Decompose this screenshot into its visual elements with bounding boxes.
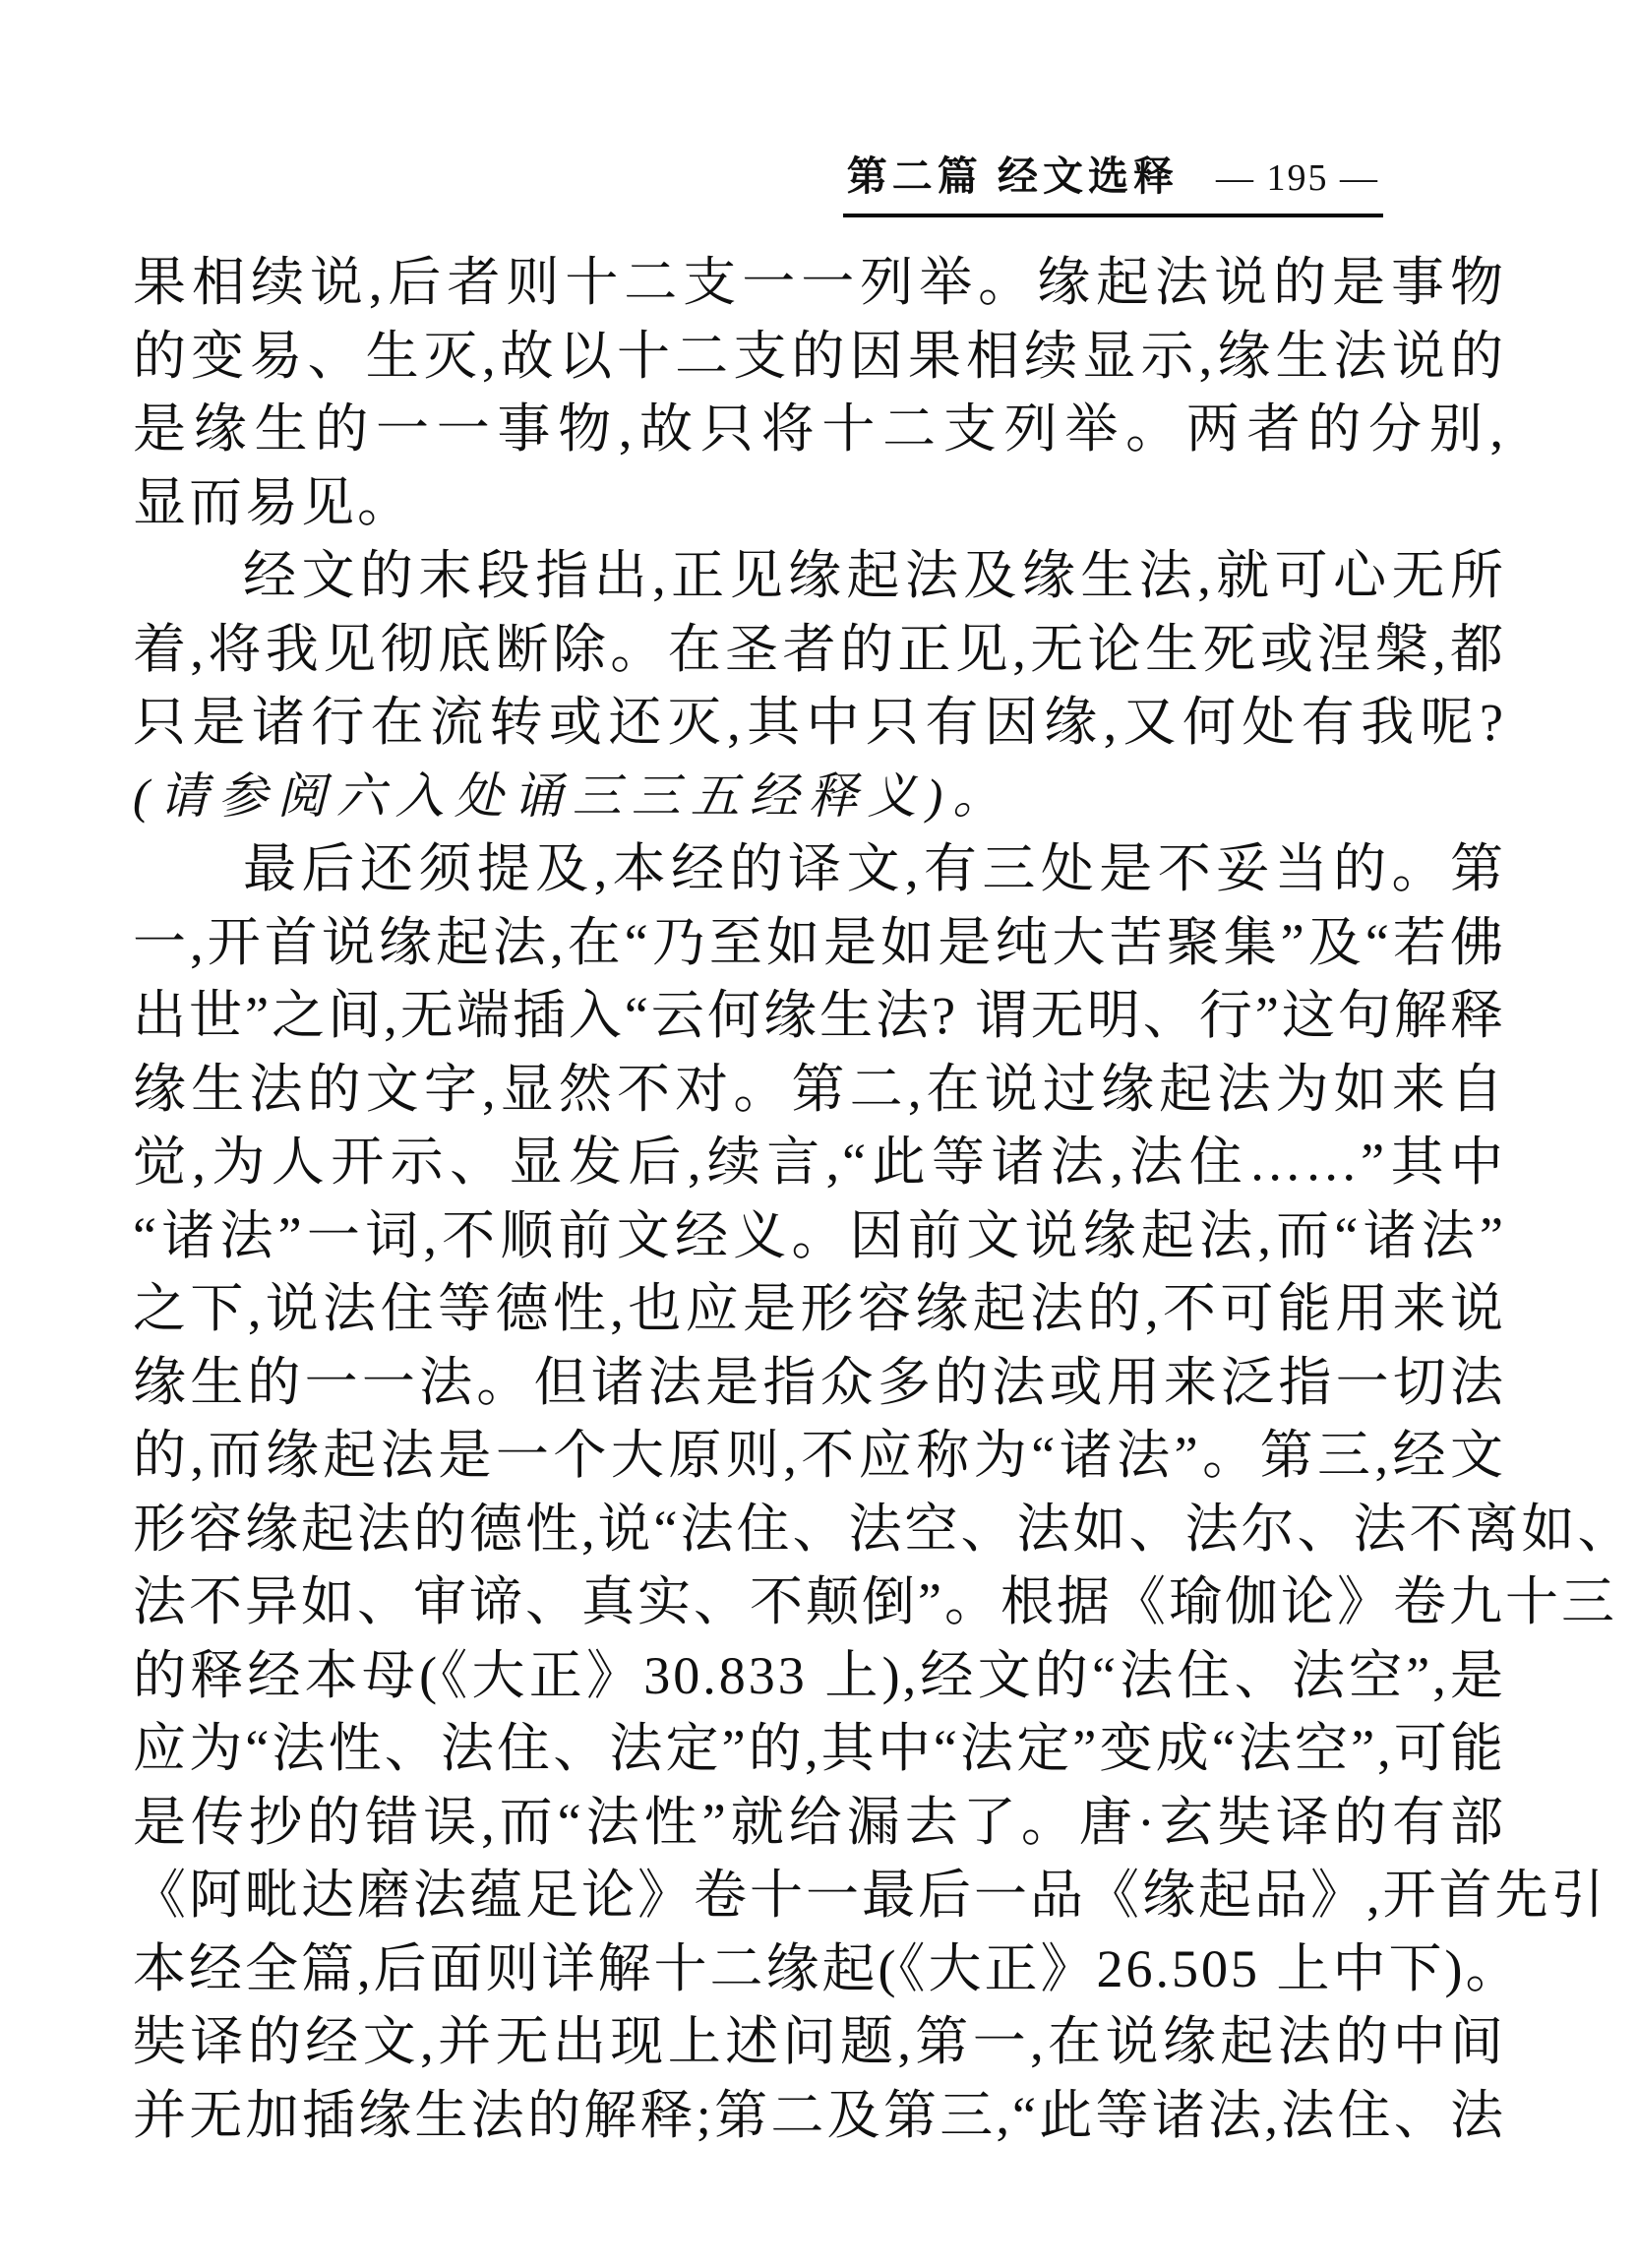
text-line: 是传抄的错误,而“法性”就给漏去了。唐·玄奘译的有部 — [133, 1786, 1506, 1860]
text-line: 的变易、生灭,故以十二支的因果相续显示,缘生法说的 — [133, 320, 1506, 394]
book-page: 第二篇 经文选释 — 195 — 果相续说,后者则十二支一一列举。缘起法说的是事… — [0, 0, 1637, 2268]
text-line: 本经全篇,后面则详解十二缘起(《大正》26.505 上中下)。 — [133, 1932, 1506, 2006]
text-line: 形容缘起法的德性,说“法住、法空、法如、法尔、法不离如、 — [133, 1493, 1506, 1566]
text-line: 经文的末段指出,正见缘起法及缘生法,就可心无所 — [133, 539, 1506, 613]
page-header: 第二篇 经文选释 — 195 — — [843, 144, 1383, 217]
text-line: 最后还须提及,本经的译文,有三处是不妥当的。第 — [133, 832, 1506, 906]
section-title: 第二篇 经文选释 — [847, 144, 1179, 202]
text-line: (请参阅六入处诵三三五经释义)。 — [133, 760, 1506, 833]
text-line: 缘生的一一法。但诸法是指众多的法或用来泛指一切法 — [133, 1346, 1506, 1420]
text-line: 法不异如、审谛、真实、不颠倒”。根据《瑜伽论》卷九十三 — [133, 1565, 1506, 1639]
text-line: 出世”之间,无端插入“云何缘生法? 谓无明、行”这句解释 — [133, 979, 1506, 1053]
text-line: 《阿毗达磨法蕴足论》卷十一最后一品《缘起品》,开首先引 — [133, 1859, 1506, 1932]
text-line: “诸法”一词,不顺前文经义。因前文说缘起法,而“诸法” — [133, 1199, 1506, 1273]
text-line: 的释经本母(《大正》30.833 上),经文的“法住、法空”,是 — [133, 1639, 1506, 1713]
text-line: 觉,为人开示、显发后,续言,“此等诸法,法住……”其中 — [133, 1126, 1506, 1199]
text-line: 只是诸行在流转或还灭,其中只有因缘,又何处有我呢? — [133, 686, 1506, 760]
text-line: 的,而缘起法是一个大原则,不应称为“诸法”。第三,经文 — [133, 1419, 1506, 1493]
page-number: — 195 — — [1216, 156, 1379, 200]
page-body: 果相续说,后者则十二支一一列举。缘起法说的是事物 的变易、生灭,故以十二支的因果… — [133, 246, 1506, 2152]
text-line: 缘生法的文字,显然不对。第二,在说过缘起法为如来自 — [133, 1053, 1506, 1127]
text-line: 是缘生的一一事物,故只将十二支列举。两者的分别, — [133, 393, 1506, 466]
text-line: 一,开首说缘起法,在“乃至如是如是纯大苦聚集”及“若佛 — [133, 906, 1506, 980]
text-line: 显而易见。 — [133, 466, 1506, 540]
text-line: 果相续说,后者则十二支一一列举。缘起法说的是事物 — [133, 246, 1506, 320]
text-line: 应为“法性、法住、法定”的,其中“法定”变成“法空”,可能 — [133, 1712, 1506, 1786]
text-line: 之下,说法住等德性,也应是形容缘起法的,不可能用来说 — [133, 1272, 1506, 1346]
text-line: 着,将我见彻底断除。在圣者的正见,无论生死或涅槃,都 — [133, 613, 1506, 687]
text-line: 奘译的经文,并无出现上述问题,第一,在说缘起法的中间 — [133, 2005, 1506, 2079]
text-line: 并无加插缘生法的解释;第二及第三,“此等诸法,法住、法 — [133, 2079, 1506, 2153]
